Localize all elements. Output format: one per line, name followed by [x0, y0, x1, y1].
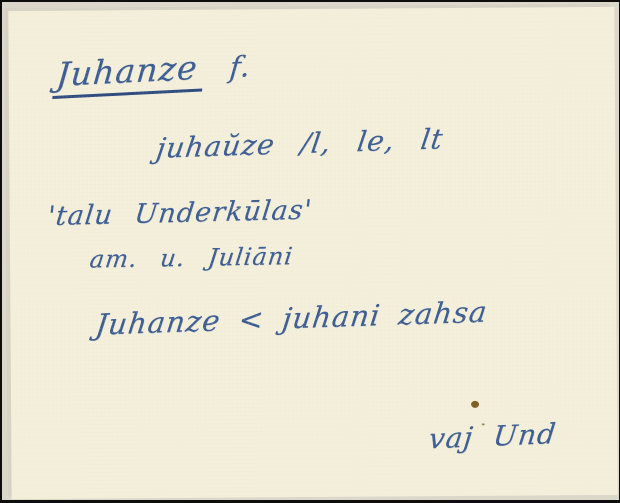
- headword: Juhanze: [52, 48, 205, 100]
- collector-signature: vaj Und: [427, 417, 558, 455]
- scanned-photo-frame: Juhanzef. juhaŭze /l, le, lt 'talu Under…: [0, 0, 620, 503]
- etymology-note: Juhanze < juhani zahsa: [94, 295, 490, 342]
- date-note: am. u. Juliāni: [88, 242, 295, 273]
- headword-line: Juhanzef.: [52, 45, 252, 99]
- pronunciation-and-case-endings: juhaŭze /l, le, lt: [154, 122, 445, 164]
- paper-speck: [471, 401, 479, 408]
- index-card: Juhanzef. juhaŭze /l, le, lt 'talu Under…: [8, 7, 617, 499]
- farm-note: 'talu Underkūlas': [46, 195, 314, 232]
- gender-abbreviation: f.: [228, 49, 252, 84]
